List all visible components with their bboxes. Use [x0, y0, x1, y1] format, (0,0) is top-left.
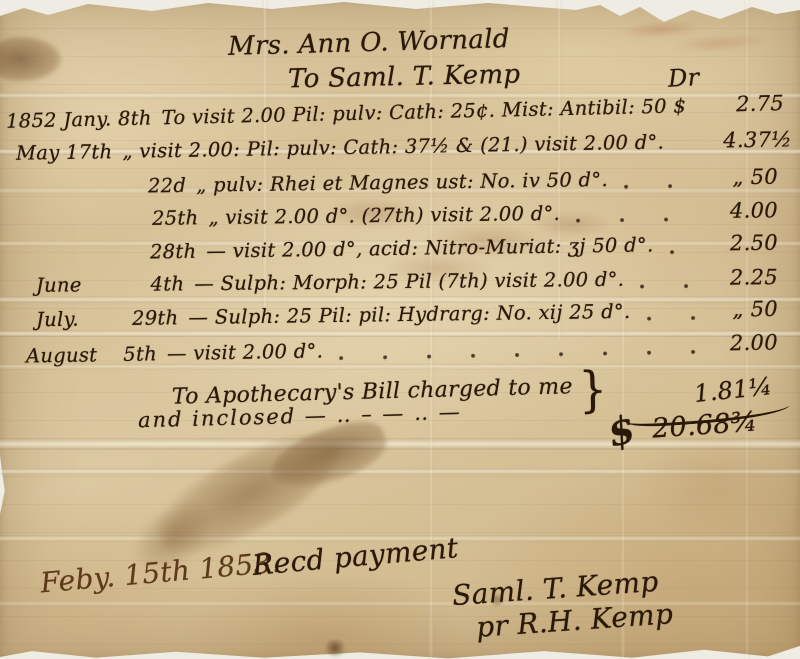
- brace: }: [578, 362, 608, 419]
- ledger-row: August 5th — visit 2.00 d°. 2.00: [26, 330, 778, 373]
- entry-amount: 4.37½: [720, 127, 792, 152]
- entry-description: — Sulph: Morph: 25 Pil (7th) visit 2.00 …: [194, 268, 624, 296]
- entry-description: „ pulv: Rhei et Magnes ust: No. iv 50 d°…: [196, 168, 608, 197]
- dotted-leader: [576, 199, 696, 230]
- dotted-leader: [646, 298, 696, 329]
- ledger-row: 25th „ visit 2.00 d°. (27th) visit 2.00 …: [152, 198, 778, 236]
- document-scan: Mrs. Ann O. Wornald To Saml. T. Kemp Dr …: [0, 0, 800, 659]
- ledger-row: June 4th — Sulph: Morph: 25 Pil (7th) vi…: [36, 265, 778, 303]
- entry-date: July. 29th: [36, 306, 179, 331]
- entry-date: June 4th: [36, 272, 185, 297]
- entry-date: 25th: [152, 206, 199, 230]
- entry-amount: 2.75: [712, 91, 785, 117]
- entry-amount: 2.50: [706, 231, 778, 256]
- entry-amount: 4.00: [706, 198, 778, 223]
- entry-description: „ visit 2.00: Pil: pulv: Cath: 37½ & (21…: [122, 130, 664, 162]
- entry-amount: „ 50: [706, 297, 778, 322]
- entry-date: May 17th: [16, 140, 113, 165]
- ledger-row: 28th — visit 2.00 d°, acid: Nitro-Muriat…: [150, 231, 778, 270]
- entry-date: 28th: [150, 240, 197, 264]
- entry-date: 1852 Jany. 8th: [6, 106, 152, 132]
- dotted-leader: [680, 129, 710, 160]
- entry-amount: „ 50: [706, 165, 778, 190]
- entry-description: „ visit 2.00 d°. (27th) visit 2.00 d°.: [208, 202, 560, 229]
- entry-description: To visit 2.00 Pil: pulv: Cath: 25¢. Mist…: [161, 94, 686, 129]
- dotted-leader: [669, 232, 696, 262]
- entry-description: — visit 2.00 d°.: [167, 339, 323, 365]
- ledger-row: July. 29th — Sulph: 25 Pil: pil: Hydrarg…: [36, 297, 778, 337]
- dotted-leader: [339, 332, 696, 368]
- dotted-leader: [702, 93, 703, 123]
- entry-description: — visit 2.00 d°, acid: Nitro-Muriat: ʒj …: [206, 233, 653, 262]
- ledger-row: 22d „ pulv: Rhei et Magnes ust: No. iv 5…: [148, 165, 778, 204]
- entry-date: August 5th: [26, 342, 157, 367]
- dotted-leader: [624, 166, 696, 197]
- entry-description: — Sulph: 25 Pil: pil: Hydrarg: No. xij 2…: [188, 300, 630, 329]
- entry-amount: 2.25: [706, 265, 778, 290]
- entry-amount: 2.00: [706, 330, 778, 355]
- dotted-leader: [640, 266, 696, 297]
- entry-date: 22d: [148, 174, 187, 198]
